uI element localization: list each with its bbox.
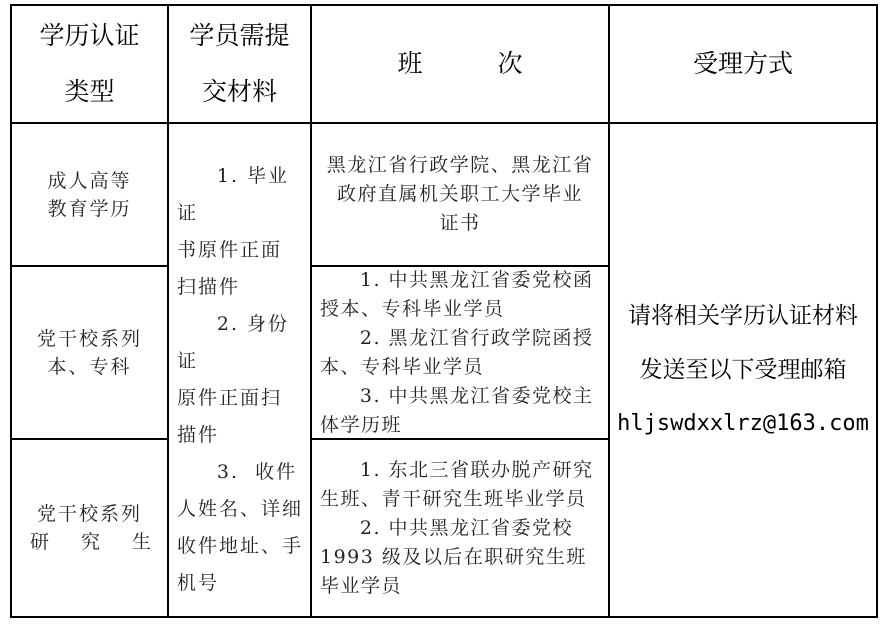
class-line: 体学历班 <box>320 411 600 440</box>
type-cell-adult-education: 成人高等 教育学历 <box>12 124 167 265</box>
header-materials: 学员需提 交材料 <box>169 6 310 122</box>
class-line: 授本、专科毕业学员 <box>320 295 600 324</box>
class-line: 生班、青干研究生班毕业学员 <box>320 485 600 514</box>
class-cell-3: 1. 东北三省联办脱产研究 生班、青干研究生班毕业学员 2. 中共黑龙江省委党校… <box>312 440 608 616</box>
type-line: 本、专科 <box>12 353 167 381</box>
header-materials-line-2: 交材料 <box>169 64 310 120</box>
type-line-spread: 研 究 生 <box>12 528 167 556</box>
materials-line: 1. 毕业证 <box>177 158 304 232</box>
materials-line: 收件地址、手 <box>177 528 304 565</box>
table-border-right <box>876 4 878 618</box>
method-cell: 请将相关学历认证材料 发送至以下受理邮箱 hljswdxxlrz@163.com <box>610 124 876 616</box>
header-method-label: 受理方式 <box>610 36 876 92</box>
method-instruction-line-2: 发送至以下受理邮箱 <box>610 343 876 397</box>
email-address[interactable]: hljswdxxlrz@163.com <box>610 397 876 451</box>
type-line: 党干校系列 <box>12 500 167 528</box>
type-line: 教育学历 <box>12 195 167 223</box>
class-line: 1. 东北三省联办脱产研究 <box>320 456 600 485</box>
materials-line: 3. 收件 <box>177 454 304 491</box>
class-line: 1. 中共黑龙江省委党校函 <box>320 266 600 295</box>
materials-line: 原件正面扫 <box>177 380 304 417</box>
header-type-line-2: 类型 <box>12 64 167 120</box>
method-instruction-line-1: 请将相关学历认证材料 <box>610 289 876 343</box>
header-materials-line-1: 学员需提 <box>169 8 310 64</box>
materials-line: 人姓名、详细 <box>177 491 304 528</box>
materials-line: 书原件正面 <box>177 232 304 269</box>
materials-line: 机号 <box>177 565 304 602</box>
class-line: 政府直属机关职工大学毕业 <box>320 180 600 209</box>
class-line: 2. 中共黑龙江省委党校 <box>320 514 600 543</box>
type-line: 党干校系列 <box>12 325 167 353</box>
header-method: 受理方式 <box>610 6 876 122</box>
class-line: 3. 中共黑龙江省委党校主 <box>320 382 600 411</box>
type-line: 成人高等 <box>12 167 167 195</box>
certification-table: 学历认证 类型 学员需提 交材料 班 次 受理方式 成人高等 教育学历 党干校系… <box>10 4 878 618</box>
type-cell-party-school-undergrad: 党干校系列 本、专科 <box>12 267 167 438</box>
header-type-line-1: 学历认证 <box>12 8 167 64</box>
header-classes: 班 次 <box>312 6 608 122</box>
materials-line: 2. 身份证 <box>177 306 304 380</box>
header-type: 学历认证 类型 <box>12 6 167 122</box>
class-line: 本、专科毕业学员 <box>320 353 600 382</box>
class-line: 毕业学员 <box>320 572 600 601</box>
type-char: 研 <box>30 528 51 556</box>
class-line: 2. 黑龙江省行政学院函授 <box>320 324 600 353</box>
class-cell-1: 黑龙江省行政学院、黑龙江省 政府直属机关职工大学毕业 证书 <box>312 124 608 265</box>
materials-line: 描件 <box>177 417 304 454</box>
type-char: 生 <box>132 528 153 556</box>
materials-cell: 1. 毕业证 书原件正面 扫描件 2. 身份证 原件正面扫 描件 3. 收件 人… <box>169 124 310 616</box>
class-line: 证书 <box>320 209 600 238</box>
table-border-bottom <box>10 616 878 618</box>
header-classes-label: 班 次 <box>312 36 608 92</box>
class-line: 1993 级及以后在职研究生班 <box>320 543 600 572</box>
class-cell-2: 1. 中共黑龙江省委党校函 授本、专科毕业学员 2. 黑龙江省行政学院函授 本、… <box>312 267 608 438</box>
type-char: 究 <box>81 528 102 556</box>
materials-line: 扫描件 <box>177 269 304 306</box>
type-cell-party-school-graduate: 党干校系列 研 究 生 <box>12 440 167 616</box>
class-line: 黑龙江省行政学院、黑龙江省 <box>320 151 600 180</box>
